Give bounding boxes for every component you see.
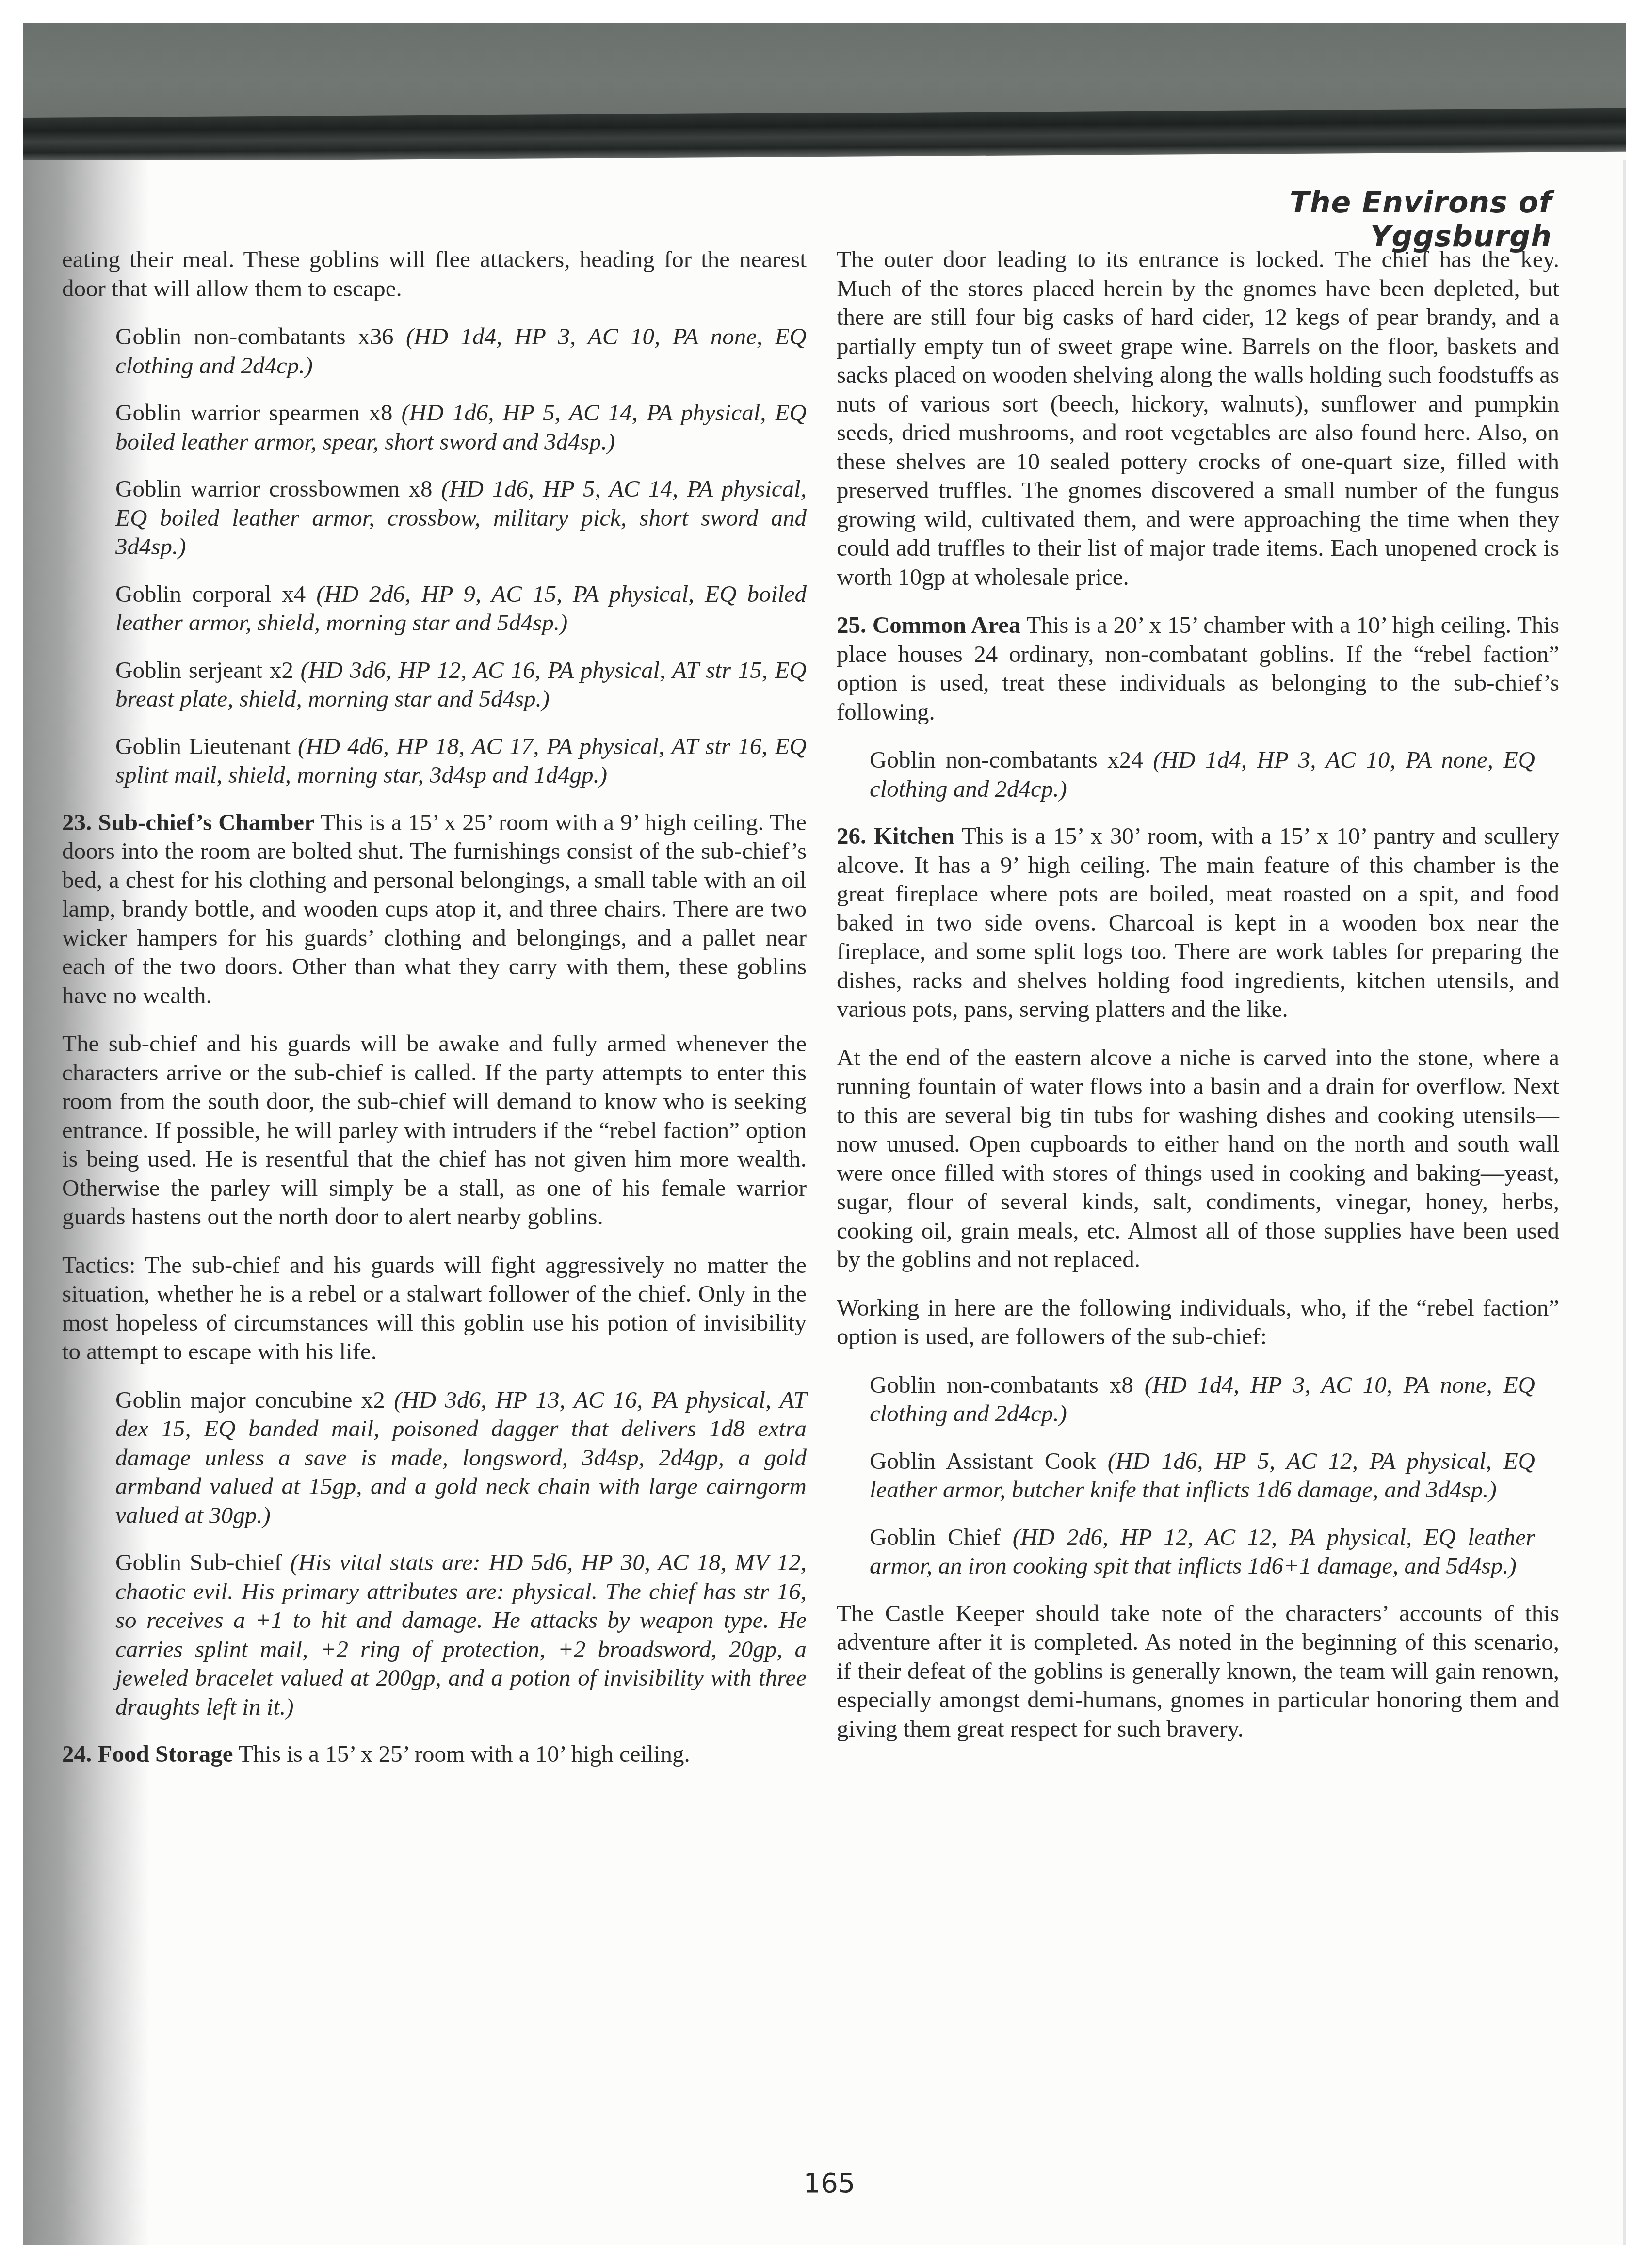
room-heading: 23. Sub-chief’s Chamber (62, 809, 315, 836)
stat-block: Goblin warrior spearmen x8 (HD 1d6, HP 5… (115, 398, 807, 456)
alcove-paragraph: At the end of the eastern alcove a niche… (837, 1043, 1559, 1274)
room-24-entry: 24. Food Storage This is a 15’ x 25’ roo… (62, 1739, 807, 1769)
room-26-entry: 26. Kitchen This is a 15’ x 30’ room, wi… (837, 821, 1559, 1024)
stat-block: Goblin Sub-chief (His vital stats are: H… (115, 1548, 807, 1721)
stat-name: Goblin corporal x4 (115, 580, 316, 607)
left-column: eating their meal. These goblins will fl… (62, 245, 807, 1788)
stat-name: Goblin Sub-chief (115, 1549, 291, 1576)
stat-name: Goblin Chief (870, 1524, 1013, 1550)
stat-name: Goblin non-combatants x24 (870, 746, 1153, 773)
stat-name: Goblin warrior crossbowmen x8 (115, 475, 441, 502)
room-heading: 24. Food Storage (62, 1740, 233, 1767)
stat-block: Goblin non-combatants x24 (HD 1d4, HP 3,… (870, 745, 1535, 803)
stat-block: Goblin corporal x4 (HD 2d6, HP 9, AC 15,… (115, 579, 807, 637)
stat-block: Goblin serjeant x2 (HD 3d6, HP 12, AC 16… (115, 656, 807, 713)
stat-block: Goblin major concubine x2 (HD 3d6, HP 13… (115, 1385, 807, 1530)
stat-name: Goblin non-combatants x8 (870, 1371, 1145, 1398)
page-number: 165 (800, 2168, 858, 2199)
guards-paragraph: The sub-chief and his guards will be awa… (62, 1029, 807, 1231)
stat-name: Goblin Assistant Cook (870, 1448, 1108, 1474)
room-description: This is a 15’ x 25’ room with a 9’ high … (62, 809, 807, 1009)
room-heading: 25. Common Area (837, 611, 1021, 638)
right-column: The outer door leading to its entrance i… (837, 245, 1559, 1762)
room-description: This is a 15’ x 25’ room with a 10’ high… (233, 1740, 690, 1767)
stat-block: Goblin warrior crossbowmen x8 (HD 1d6, H… (115, 474, 807, 561)
room-heading: 26. Kitchen (837, 822, 954, 849)
page-right-edge (1623, 160, 1626, 2245)
stat-block: Goblin non-combatants x8 (HD 1d4, HP 3, … (870, 1370, 1535, 1428)
closing-paragraph: The Castle Keeper should take note of th… (837, 1599, 1559, 1743)
working-paragraph: Working in here are the following indivi… (837, 1293, 1559, 1351)
running-header-title: The Environs of Yggsburgh (1115, 186, 1552, 254)
tactics-paragraph: Tactics: The sub-chief and his guards wi… (62, 1251, 807, 1366)
room-description: This is a 15’ x 30’ room, with a 15’ x 1… (837, 822, 1559, 1022)
room-25-entry: 25. Common Area This is a 20’ x 15’ cham… (837, 611, 1559, 726)
stat-name: Goblin Lieutenant (115, 733, 298, 759)
book-binding-edge (23, 108, 1626, 161)
food-storage-continued: The outer door leading to its entrance i… (837, 245, 1559, 591)
stat-block: Goblin Lieutenant (HD 4d6, HP 18, AC 17,… (115, 732, 807, 789)
stat-block: Goblin Chief (HD 2d6, HP 12, AC 12, PA p… (870, 1523, 1535, 1580)
stat-block: Goblin Assistant Cook (HD 1d6, HP 5, AC … (870, 1447, 1535, 1504)
room-23-entry: 23. Sub-chief’s Chamber This is a 15’ x … (62, 808, 807, 1010)
intro-paragraph: eating their meal. These goblins will fl… (62, 245, 807, 303)
stat-name: Goblin non-combatants x36 (115, 323, 406, 350)
stat-name: Goblin major concubine x2 (115, 1386, 394, 1413)
stat-block: Goblin non-combatants x36 (HD 1d4, HP 3,… (115, 322, 807, 380)
stat-name: Goblin warrior spearmen x8 (115, 399, 402, 426)
stat-name: Goblin serjeant x2 (115, 657, 301, 683)
scanner-background (23, 23, 1626, 120)
